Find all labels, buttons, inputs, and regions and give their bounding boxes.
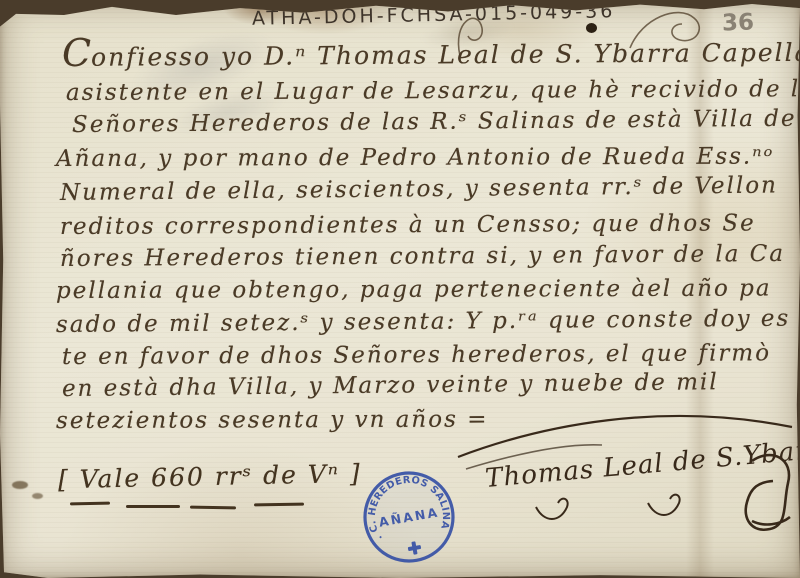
manuscript-line: sado de mil setez.ˢ y sesenta: Y p.ʳᵃ qu… (56, 306, 791, 338)
manuscript-line: setezientos sesenta y vn años = (56, 406, 489, 434)
manuscript-line: Confiesso yo D.ⁿ Thomas Leal de S. Ybarr… (62, 35, 800, 71)
underline-dash (126, 505, 180, 508)
signature-name: Thomas Leal de S.Ybarra (484, 433, 800, 494)
underline-dash (70, 502, 110, 506)
underline-dash (254, 503, 304, 507)
manuscript-line: Señores Herederos de las R.ˢ Salinas de … (72, 106, 797, 138)
manuscript-line: te en favor de dhos Señores herederos, e… (62, 340, 771, 370)
manuscript-line: ñores Herederos tienen contra si, y en f… (60, 241, 785, 272)
archive-stamp: A. C. HEREDEROS SALINAS AÑANA (350, 458, 468, 576)
manuscript-line: pellania que obtengo, paga perteneciente… (56, 276, 772, 304)
underline-dash (190, 506, 236, 510)
manuscript-line: asistente en el Lugar de Lesarzu, que hè… (66, 76, 800, 106)
signature-flourish (536, 499, 568, 519)
manuscript-line: reditos correspondientes à un Censso; qu… (60, 210, 756, 240)
manuscript-line: Añana, y por mano de Pedro Antonio de Ru… (56, 143, 774, 172)
paper: ATHA-DOH-FCHSA-015-049-36 36 Confiesso y… (0, 0, 800, 578)
signature: Thomas Leal de S.Ybarra (452, 395, 800, 560)
document-photo: ATHA-DOH-FCHSA-015-049-36 36 Confiesso y… (0, 0, 800, 578)
ink-speck (12, 481, 28, 489)
manuscript-line: Numeral de ella, seiscientos, y sesenta … (60, 172, 778, 206)
amount-note: [ Vale 660 rrˢ de Vⁿ ] (58, 459, 362, 494)
ink-speck (32, 493, 43, 499)
ink-blot (586, 23, 597, 33)
signature-flourish (648, 495, 680, 515)
